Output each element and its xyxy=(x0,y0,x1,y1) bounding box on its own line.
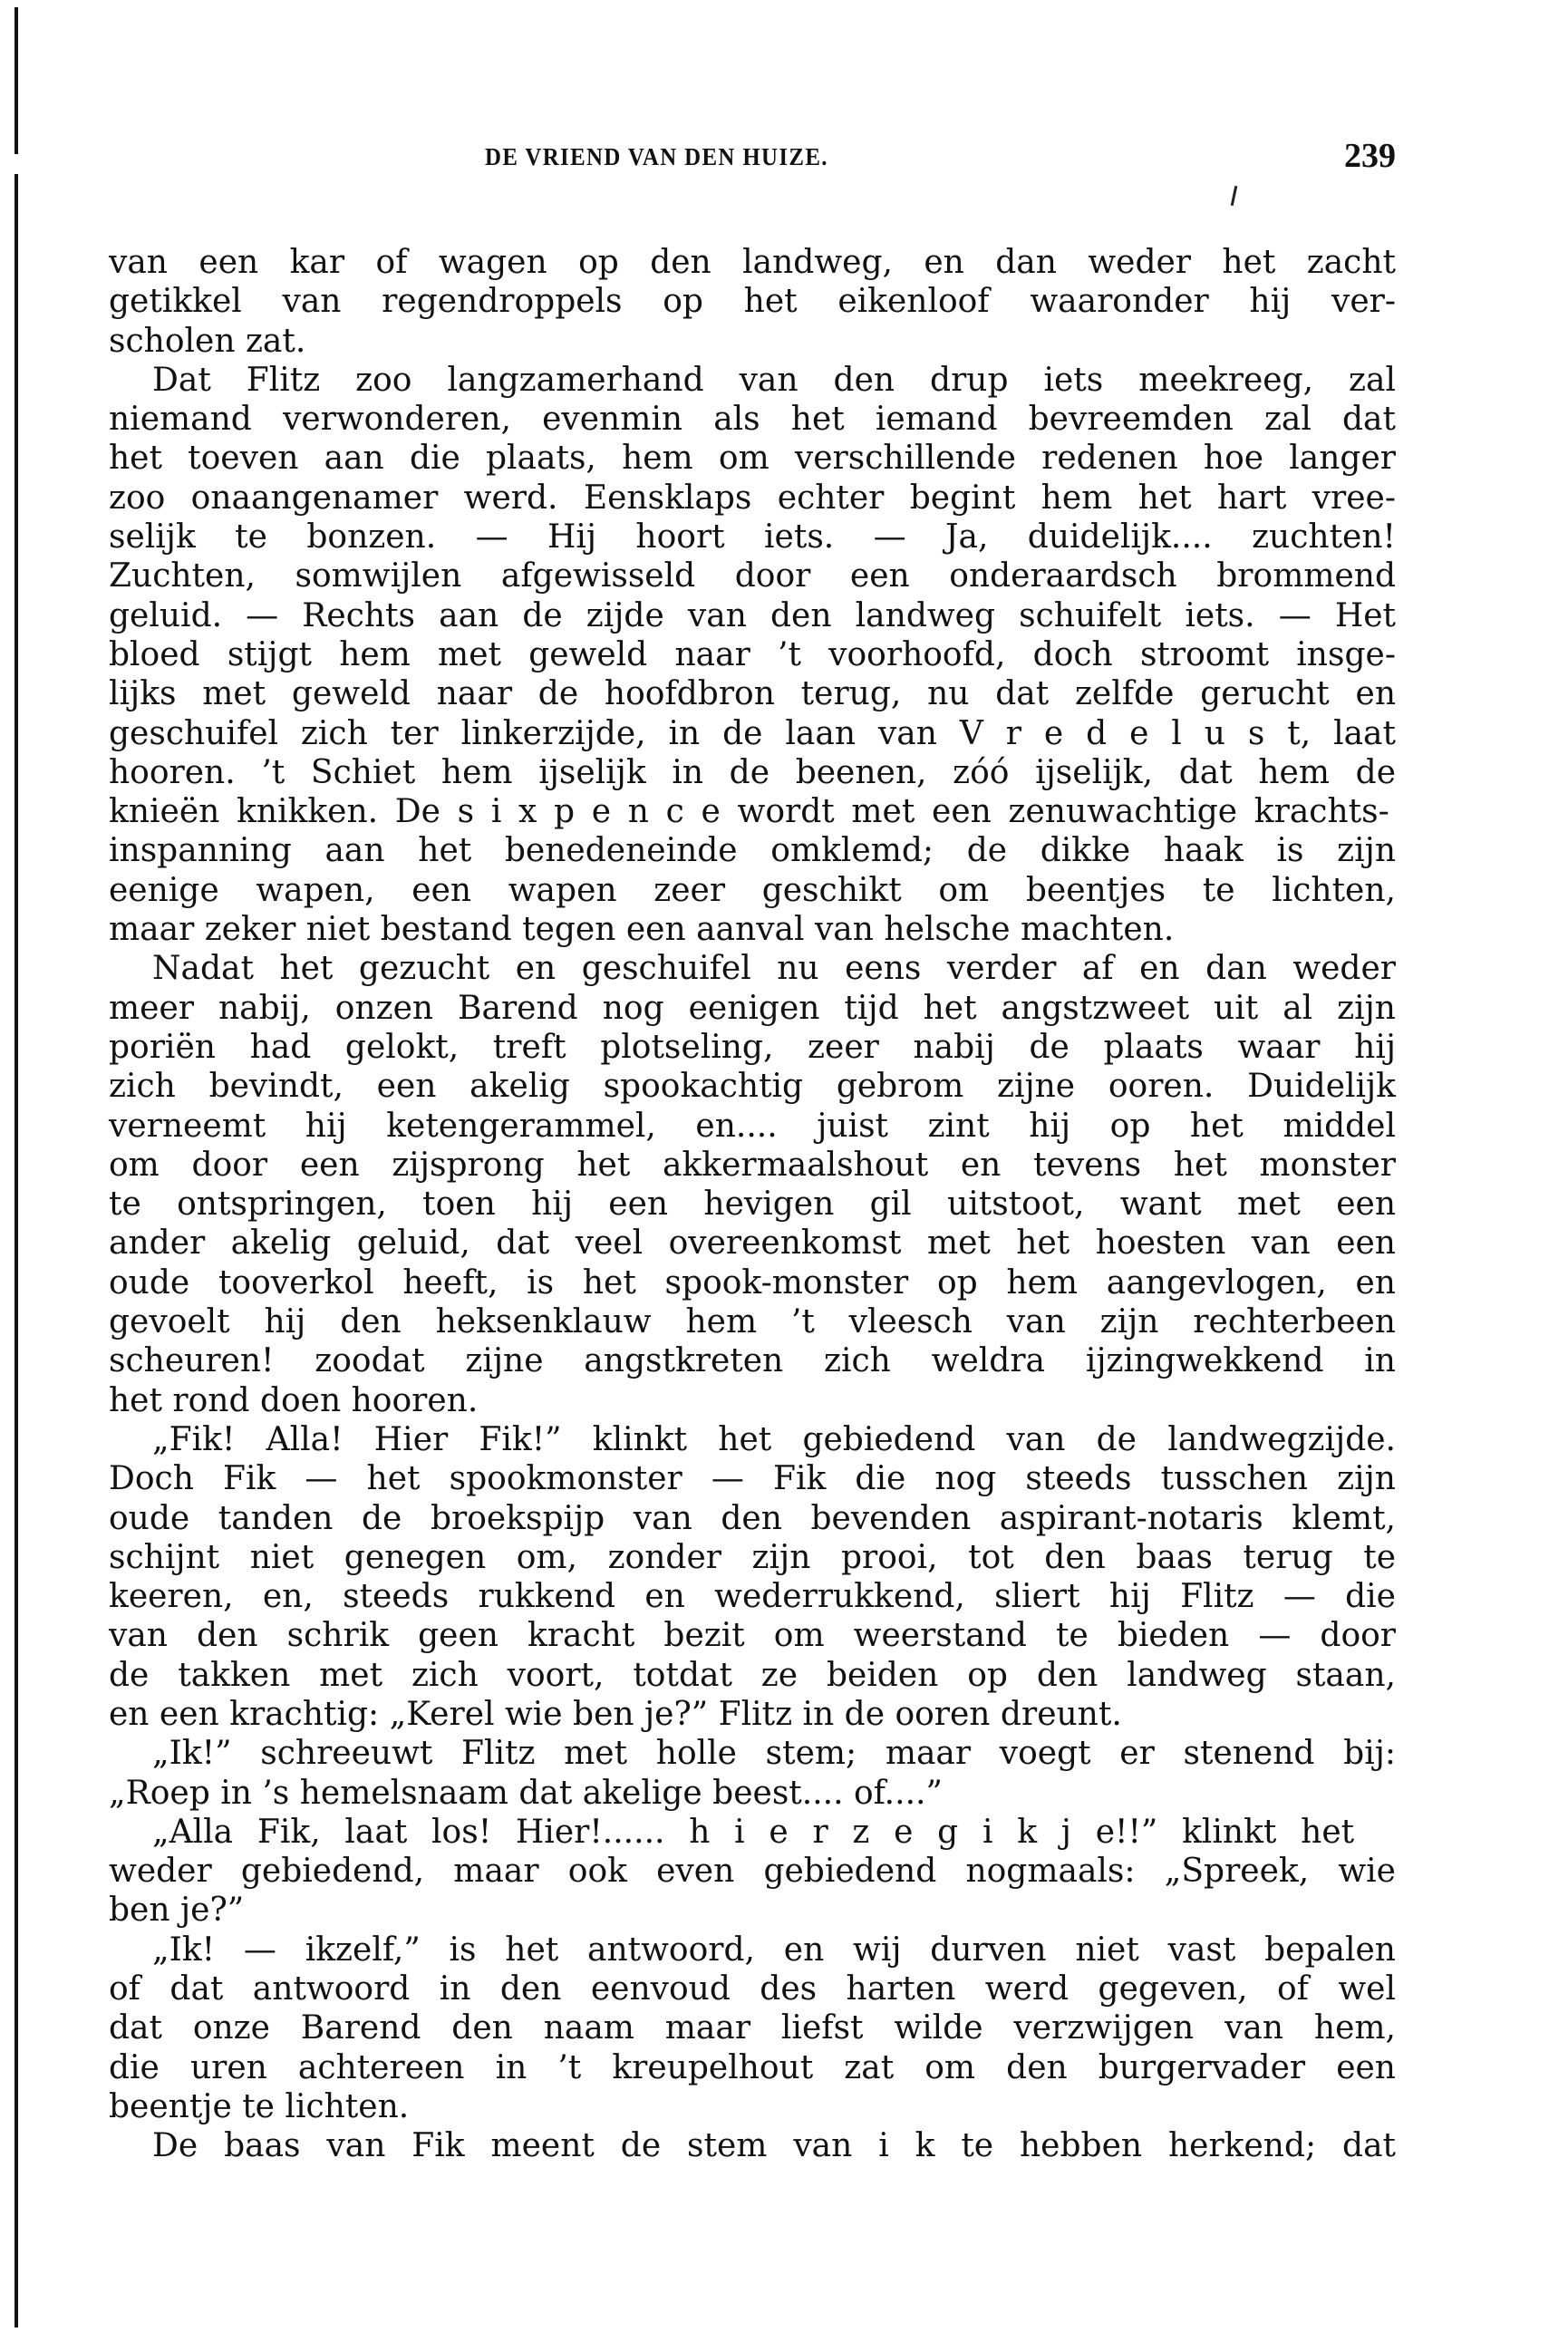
text-line: het toeven aan die plaats, hem om versch… xyxy=(109,439,1396,478)
text-line: selijk te bonzen. — Hij hoort iets. — Ja… xyxy=(109,518,1396,556)
text-line: oude tooverkol heeft, is het spook-monst… xyxy=(109,1263,1396,1302)
text-line: Zuchten, somwijlen afgewisseld door een … xyxy=(109,556,1396,595)
text-line: Doch Fik — het spookmonster — Fik die no… xyxy=(109,1459,1396,1498)
text-line: hooren. ’t Schiet hem ijselijk in de bee… xyxy=(109,753,1396,792)
text-line: het rond doen hooren. xyxy=(109,1381,1396,1420)
text-line: Nadat het gezucht en geschuifel nu eens … xyxy=(109,949,1396,988)
scan-border-line xyxy=(15,7,18,2327)
text-line: zoo onaangenamer werd. Eensklaps echter … xyxy=(109,479,1396,518)
text-line: geschuifel zich ter linkerzijde, in de l… xyxy=(109,714,1396,753)
text-line: bloed stijgt hem met geweld naar ’t voor… xyxy=(109,635,1396,674)
text-line: knieën knikken. De s i x p e n c e wordt… xyxy=(109,792,1396,831)
stray-mark xyxy=(1231,186,1238,206)
text-line: „Ik!” schreeuwt Flitz met holle stem; ma… xyxy=(109,1734,1396,1773)
text-line: „Alla Fik, laat los! Hier!...... h i e r… xyxy=(109,1813,1396,1852)
text-line: van een kar of wagen op den landweg, en … xyxy=(109,243,1396,282)
text-line: poriën had gelokt, treft plotseling, zee… xyxy=(109,1028,1396,1067)
body-text: van een kar of wagen op den landweg, en … xyxy=(109,243,1396,2166)
text-line: zich bevindt, een akelig spookachtig geb… xyxy=(109,1067,1396,1106)
text-line: „Fik! Alla! Hier Fik!” klinkt het gebied… xyxy=(109,1420,1396,1459)
text-line: en een krachtig: „Kerel wie ben je?” Fli… xyxy=(109,1695,1396,1734)
text-line: eenige wapen, een wapen zeer geschikt om… xyxy=(109,871,1396,910)
text-line: Dat Flitz zoo langzamerhand van den drup… xyxy=(109,361,1396,400)
text-line: te ontspringen, toen hij een hevigen gil… xyxy=(109,1185,1396,1224)
text-line: ben je?” xyxy=(109,1891,1396,1930)
text-line: geluid. — Rechts aan de zijde van den la… xyxy=(109,596,1396,635)
text-line: de takken met zich voort, totdat ze beid… xyxy=(109,1656,1396,1695)
text-line: die uren achtereen in ’t kreupelhout zat… xyxy=(109,2048,1396,2087)
running-title: DE VRIEND VAN DEN HUIZE. xyxy=(485,143,828,171)
text-line: getikkel van regendroppels op het eikenl… xyxy=(109,282,1396,321)
text-line: ander akelig geluid, dat veel overeenkom… xyxy=(109,1224,1396,1263)
text-line: niemand verwonderen, evenmin als het iem… xyxy=(109,400,1396,439)
text-line: oude tanden de broekspijp van den bevend… xyxy=(109,1499,1396,1538)
text-line: scheuren! zoodat zijne angstkreten zich … xyxy=(109,1341,1396,1380)
text-line: gevoelt hij den heksenklauw hem ’t vlees… xyxy=(109,1302,1396,1341)
text-line: „Roep in ’s hemelsnaam dat akelige beest… xyxy=(109,1774,1396,1813)
text-line: van den schrik geen kracht bezit om weer… xyxy=(109,1616,1396,1655)
scan-border-gap xyxy=(13,154,20,174)
text-line: „Ik! — ikzelf,” is het antwoord, en wij … xyxy=(109,1931,1396,1969)
text-line: lijks met geweld naar de hoofdbron terug… xyxy=(109,674,1396,713)
text-line: De baas van Fik meent de stem van i k te… xyxy=(109,2126,1396,2165)
text-line: beentje te lichten. xyxy=(109,2087,1396,2126)
text-line: scholen zat. xyxy=(109,322,1396,361)
text-line: keeren, en, steeds rukkend en wederrukke… xyxy=(109,1577,1396,1616)
text-line: maar zeker niet bestand tegen een aanval… xyxy=(109,910,1396,949)
running-head: DE VRIEND VAN DEN HUIZE. 239 xyxy=(109,136,1396,179)
text-line: verneemt hij ketengerammel, en.... juist… xyxy=(109,1107,1396,1146)
text-line: meer nabij, onzen Barend nog eenigen tij… xyxy=(109,989,1396,1028)
page-number: 239 xyxy=(1344,136,1396,176)
text-line: om door een zijsprong het akkermaalshout… xyxy=(109,1146,1396,1185)
text-line: weder gebiedend, maar ook even gebiedend… xyxy=(109,1852,1396,1891)
text-line: schijnt niet genegen om, zonder zijn pro… xyxy=(109,1538,1396,1577)
text-line: dat onze Barend den naam maar liefst wil… xyxy=(109,2008,1396,2047)
text-line: inspanning aan het benedeneinde omklemd;… xyxy=(109,831,1396,870)
text-line: of dat antwoord in den eenvoud des harte… xyxy=(109,1969,1396,2008)
